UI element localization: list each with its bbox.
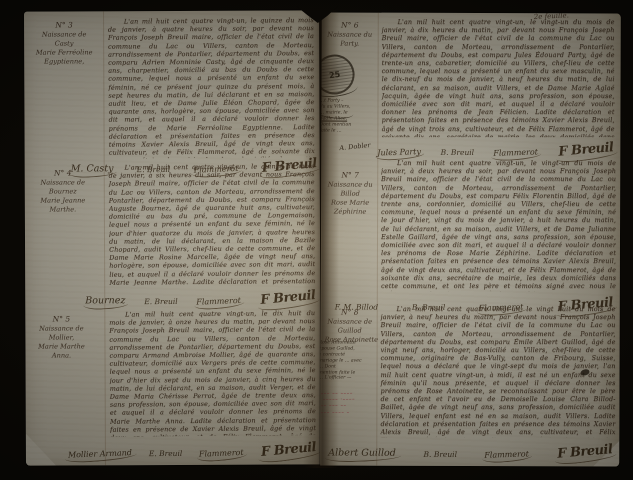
margin-line: Naissance du: [324, 30, 376, 39]
margin-rule: [103, 11, 106, 465]
entry-number: N° 7: [325, 170, 375, 180]
entry-margin-label: N° 6 Naissance du Party.: [324, 20, 376, 48]
margin-line: Naissance de: [28, 30, 100, 39]
margin-line: Naissance de: [325, 317, 375, 326]
act-body-text: L'an mil huit cent quatre vingt-un, le v…: [381, 159, 616, 291]
register-scan: N° 3 Naissance de Casty Marie Ferréoline…: [0, 0, 633, 480]
margin-line: Marthe.: [27, 205, 99, 214]
signature-row: Jules Party B. Breuil Flammerot F Breuil: [377, 137, 613, 158]
signature: E. Breuil: [149, 449, 182, 458]
entry-margin-label: N° 3 Naissance de Casty Marie Ferréoline…: [28, 20, 100, 66]
margin-line: Naissance de: [25, 324, 97, 333]
signature: Flammerot: [199, 448, 244, 459]
margin-rule: [376, 13, 379, 466]
red-stamp-line: ––––– –––– –: [320, 408, 376, 416]
margin-line: Naissance de: [27, 178, 99, 187]
mayor-signature: F Breuil: [556, 442, 612, 462]
signature-row: Albert Guillod B. Breuil Flammerot F Bre…: [328, 437, 612, 460]
mayor-signature: F Breuil: [260, 440, 316, 460]
signature: Jules Party: [377, 147, 421, 157]
entry-number: N° 6: [324, 20, 376, 30]
entry-number: N° 4: [27, 168, 99, 178]
marginal-mention: Rose Antoinette épouse Guillod, a contra…: [320, 340, 374, 382]
act-body-text: L'an mil huit cent quatre vingt-un, le q…: [108, 162, 315, 286]
signature-row: Mollier Armand E. Breuil Flammerot F Bre…: [68, 437, 316, 458]
entry-number: N° 8: [325, 307, 375, 317]
margin-line: Naissance du: [325, 180, 375, 189]
act-body-text: L'an mil huit cent quatre vingt-un, le d…: [109, 309, 316, 437]
paper-corner: [26, 426, 56, 466]
margin-line: Marie Jeanne: [27, 196, 99, 205]
entry-margin-label: N° 5 Naissance de Mollier, Marie Marthe …: [25, 314, 97, 360]
signature: Flammerot: [494, 147, 539, 157]
register-left-page: N° 3 Naissance de Casty Marie Ferréoline…: [24, 10, 321, 465]
entry-margin-label: N° 4 Naissance de Bournez Marie Jeanne M…: [27, 168, 99, 214]
margin-line: Billod: [325, 189, 375, 198]
mayor-signature: F Breuil: [558, 140, 614, 160]
entry-margin-label: N° 8 Naissance de Guillod Rose Antoinett…: [325, 307, 375, 344]
signature: B. Breuil: [424, 450, 457, 459]
act-body-text: L'an mil huit cent quatre vingt-un, le v…: [382, 18, 615, 137]
signature: Flammerot: [485, 449, 530, 459]
marginal-mention: …t Party – Vu au Villers, … mairie, le B…: [320, 98, 377, 134]
margin-line: Casty: [28, 39, 100, 48]
signature: B. Breuil: [441, 148, 474, 157]
entry-number: N° 3: [28, 20, 100, 30]
margin-line: Egyptienne,: [28, 57, 100, 66]
signature: Mollier Armand: [68, 448, 132, 460]
margin-line: Bournez: [27, 187, 99, 196]
stamp-value: 25: [328, 69, 340, 79]
margin-line: Marie Marthe: [25, 342, 97, 351]
margin-line: Party.: [324, 39, 376, 48]
signature-row: Bournez E. Breuil Flammerot F Breuil: [85, 285, 315, 306]
signature: Bournez: [85, 295, 125, 306]
signature: Albert Guillod: [328, 448, 396, 459]
margin-line: Rose Marie: [325, 198, 375, 207]
mayor-signature: F Breuil: [259, 288, 315, 308]
margin-line: Marie Ferréoline: [28, 48, 100, 57]
entry-number: N° 5: [25, 314, 97, 324]
margin-line: Guillod: [325, 326, 375, 335]
signature: Flammerot: [196, 296, 241, 307]
margin-line: Anna.: [25, 351, 97, 360]
signature: E. Breuil: [144, 297, 177, 306]
entry-margin-label: N° 7 Naissance du Billod Rose Marie Zéph…: [325, 170, 375, 216]
margin-line: Mollier,: [25, 333, 97, 342]
mention-line: faite le …: [320, 128, 377, 134]
mention-line: … L'officier —: [320, 376, 374, 382]
act-body-text: L'an mil huit cent quatre vingt-un, le q…: [108, 16, 315, 159]
red-mention-stamp: ––––– –– –––– –– ––––– ·–––– –––– ––– ––…: [320, 390, 376, 415]
margin-line: Zéphirine: [325, 207, 375, 216]
mention-signature: A. Dobler: [339, 141, 371, 152]
register-right-page: 2e feuille. N° 6 Naissance du Party. L'a…: [320, 12, 621, 466]
